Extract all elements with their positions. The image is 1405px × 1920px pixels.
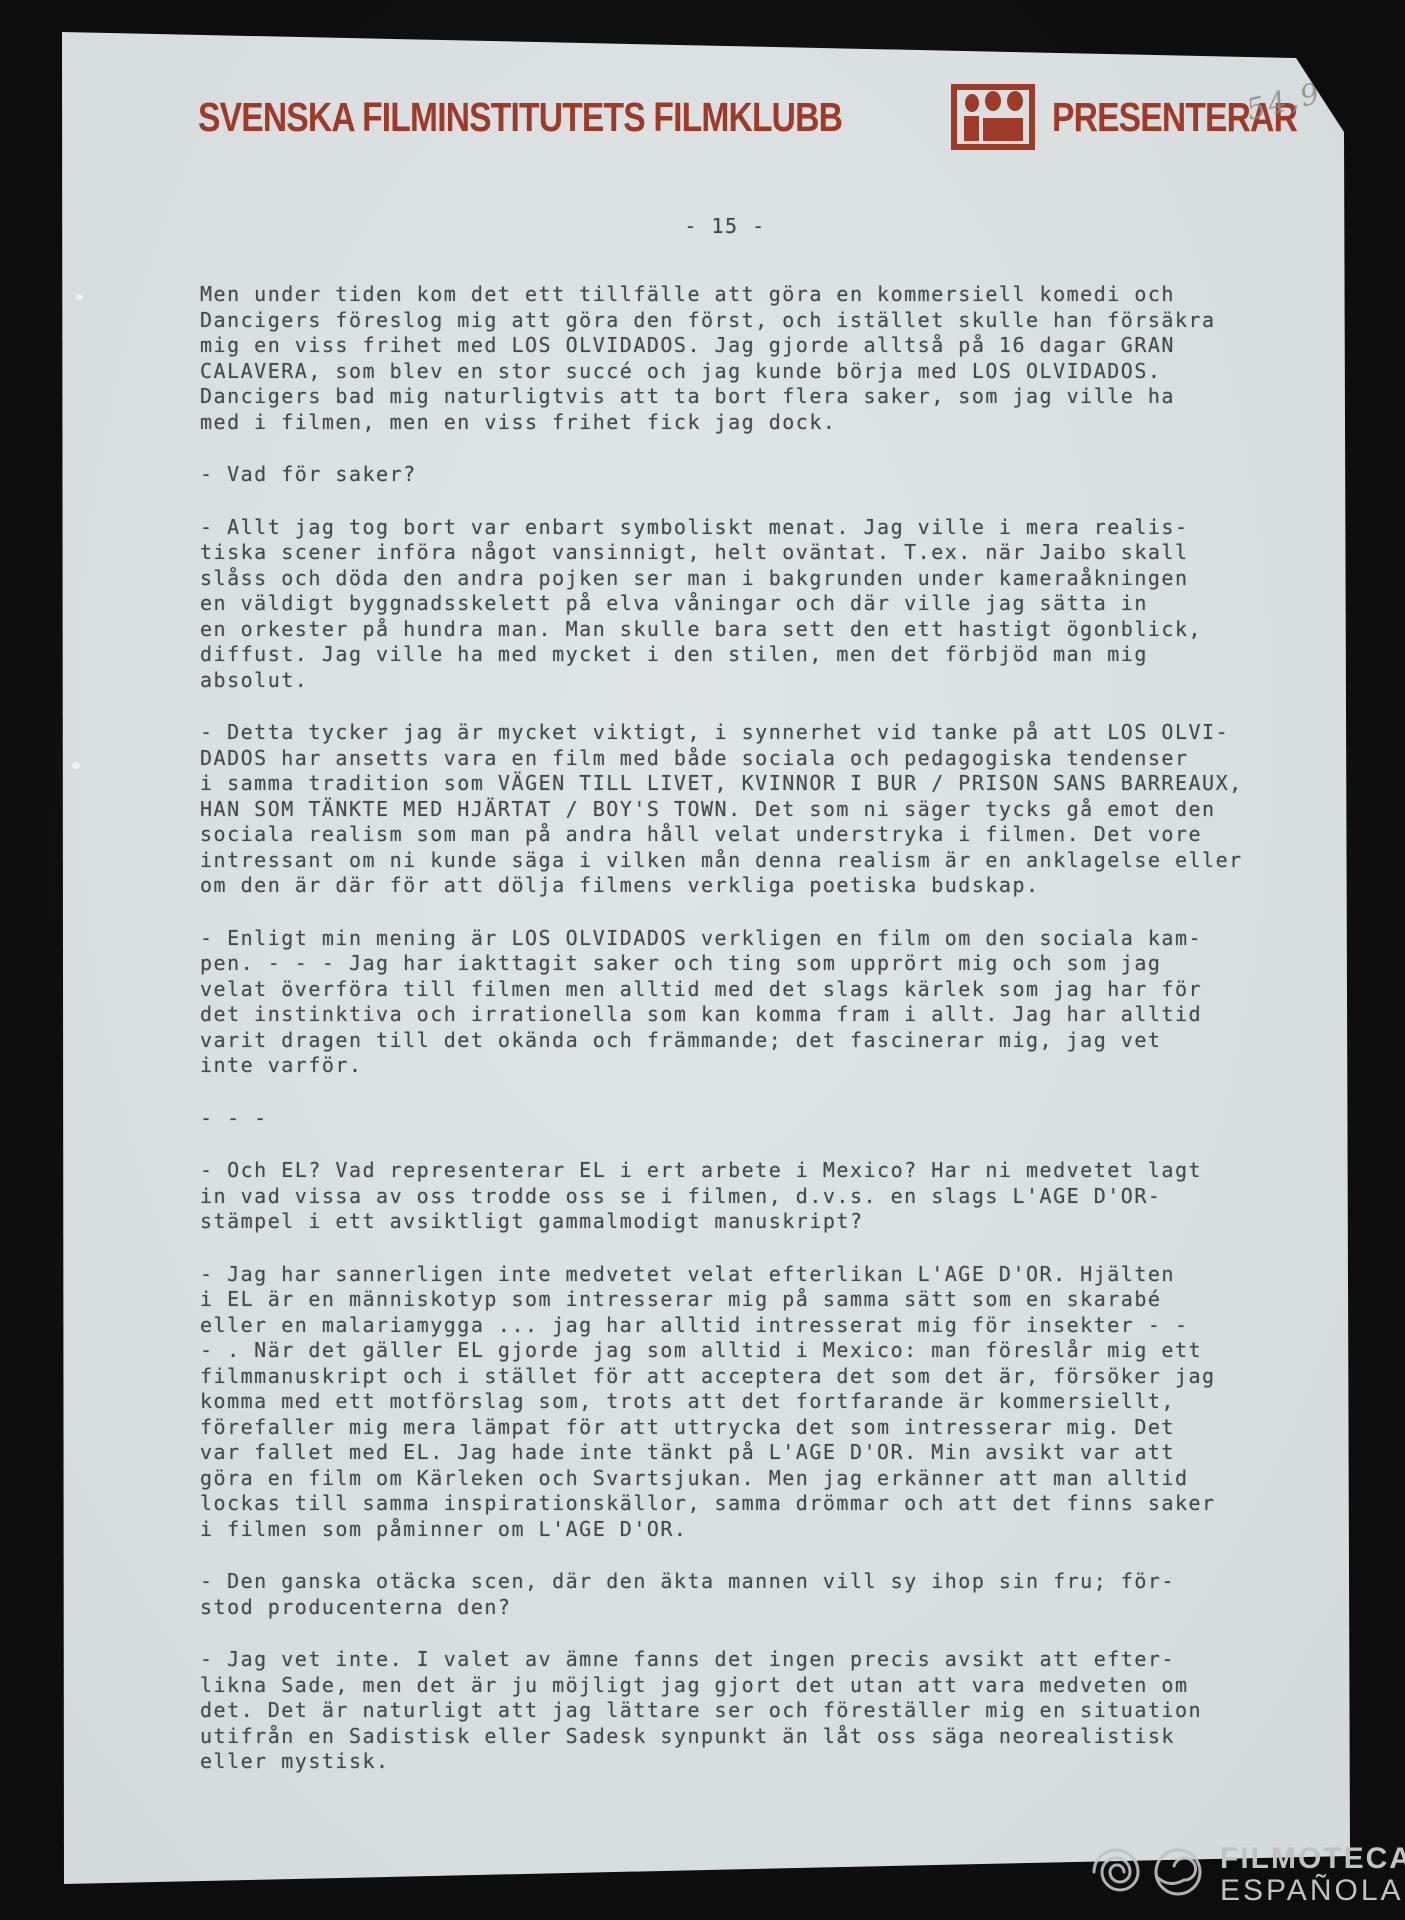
paragraph-answer-el: - Jag har sannerligen inte medvetet vela… — [200, 1262, 1320, 1543]
filmklubb-logo-icon — [951, 84, 1035, 150]
document-page: SVENSKA FILMINSTITUTETS FILMKLUBB PRESEN… — [0, 0, 1405, 1920]
letterhead-title: SVENSKA FILMINSTITUTETS FILMKLUBB — [198, 94, 842, 141]
page-number: - 15 - — [200, 214, 1250, 238]
filmoteca-circle-icon — [1150, 1844, 1206, 1900]
paragraph-intro: Men under tiden kom det ett tillfälle at… — [200, 282, 1320, 435]
paragraph-separator-dashes: - - - — [200, 1106, 1320, 1132]
filmoteca-watermark: FILMOTECA ESPAÑOLA — [1088, 1844, 1405, 1906]
paragraph-answer-symbolism: - Allt jag tog bort var enbart symbolisk… — [200, 515, 1320, 694]
filmoteca-watermark-text: FILMOTECA ESPAÑOLA — [1220, 1844, 1405, 1906]
paper-speck — [76, 294, 83, 300]
document-body: Men under tiden kom det ett tillfälle at… — [200, 282, 1320, 1802]
paragraph-answer-social: - Enligt min mening är LOS OLVIDADOS ver… — [200, 926, 1320, 1079]
watermark-line2: ESPAÑOLA — [1220, 1876, 1405, 1906]
paragraph-question-scene: - Den ganska otäcka scen, där den äkta m… — [200, 1569, 1320, 1620]
scan-background: SVENSKA FILMINSTITUTETS FILMKLUBB PRESEN… — [0, 0, 1405, 1920]
paragraph-question-el: - Och EL? Vad representerar EL i ert arb… — [200, 1158, 1320, 1235]
paper-speck — [72, 762, 80, 769]
filmoteca-spiral-icon — [1088, 1844, 1144, 1900]
paragraph-answer-sade: - Jag vet inte. I valet av ämne fanns de… — [200, 1647, 1320, 1775]
watermark-line1: FILMOTECA — [1220, 1844, 1405, 1874]
paragraph-question-realism: - Detta tycker jag är mycket viktigt, i … — [200, 720, 1320, 899]
paragraph-question-saker: - Vad för saker? — [200, 462, 1320, 488]
